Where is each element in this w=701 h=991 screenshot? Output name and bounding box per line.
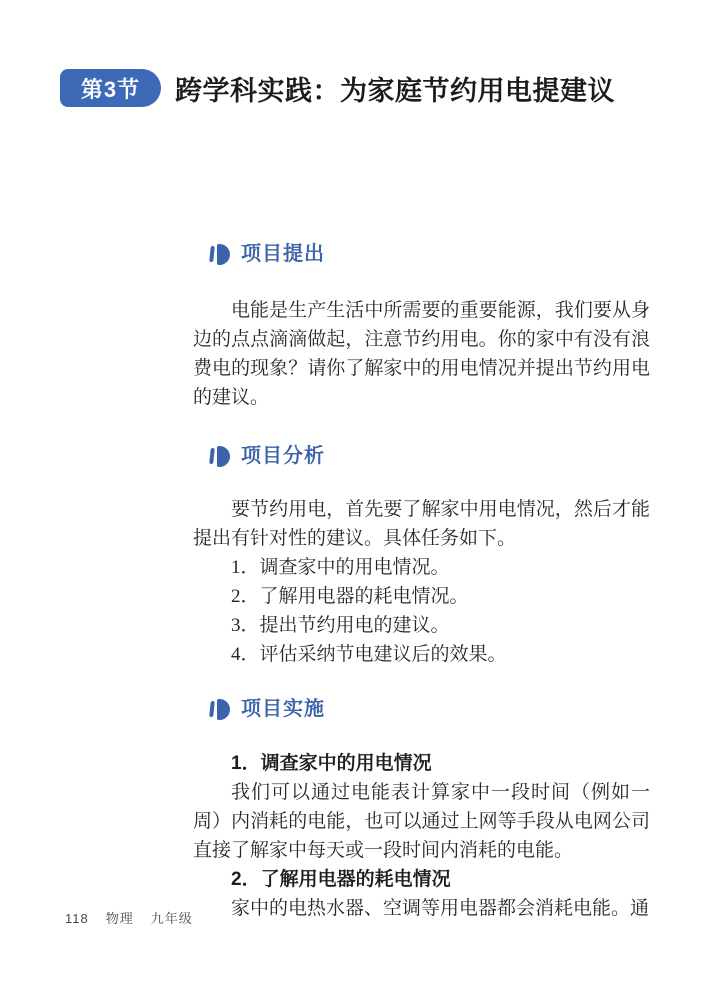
marker-halfdisc	[217, 244, 230, 265]
section-heading-project-analysis: 项目分析	[210, 443, 650, 469]
page-footer: 118 物理 九年级	[65, 908, 193, 927]
textbook-page: 第3节 跨学科实践：为家庭节约用电提建议 项目提出 电能是生产生活中所需要的重要…	[0, 0, 701, 991]
marker-bar	[209, 448, 215, 464]
marker-halfdisc	[217, 699, 230, 720]
chapter-number-label: 第3节	[81, 73, 140, 104]
paragraph: 家中的电热水器、空调等用电器都会消耗电能。通	[193, 894, 650, 923]
subsection-heading: 2．了解用电器的耗电情况	[193, 865, 650, 894]
section-marker-icon	[210, 446, 230, 467]
marker-bar	[209, 246, 215, 262]
section-heading-label: 项目提出	[241, 240, 325, 269]
chapter-number-badge: 第3节	[60, 69, 161, 107]
list-item: 1．调查家中的用电情况。	[193, 553, 650, 582]
list-item: 3．提出节约用电的建议。	[193, 611, 650, 640]
section-marker-icon	[210, 244, 230, 265]
content-column: 项目提出 电能是生产生活中所需要的重要能源，我们要从身边的点点滴滴做起，注意节约…	[193, 0, 650, 923]
paragraph: 要节约用电，首先要了解家中用电情况，然后才能提出有针对性的建议。具体任务如下。	[193, 495, 650, 553]
list-item: 2．了解用电器的耗电情况。	[193, 582, 650, 611]
subsection-heading: 1．调查家中的用电情况	[193, 749, 650, 778]
footer-subject: 物理	[106, 908, 134, 927]
implementation-block: 1．调查家中的用电情况 我们可以通过电能表计算家中一段时间（例如一周）内消耗的电…	[193, 749, 650, 923]
section-heading-label: 项目实施	[241, 695, 325, 724]
paragraph: 我们可以通过电能表计算家中一段时间（例如一周）内消耗的电能，也可以通过上网等手段…	[193, 778, 650, 865]
task-list: 1．调查家中的用电情况。 2．了解用电器的耗电情况。 3．提出节约用电的建议。 …	[193, 553, 650, 669]
marker-halfdisc	[217, 446, 230, 467]
marker-bar	[209, 701, 215, 717]
paragraph: 电能是生产生活中所需要的重要能源，我们要从身边的点点滴滴做起，注意节约用电。你的…	[193, 296, 650, 412]
section-heading-project-proposal: 项目提出	[210, 241, 650, 267]
section-heading-label: 项目分析	[241, 442, 325, 471]
page-number: 118	[65, 911, 89, 926]
section-heading-project-implementation: 项目实施	[210, 696, 650, 722]
footer-grade: 九年级	[151, 908, 193, 927]
list-item: 4．评估采纳节电建议后的效果。	[193, 640, 650, 669]
section-marker-icon	[210, 699, 230, 720]
